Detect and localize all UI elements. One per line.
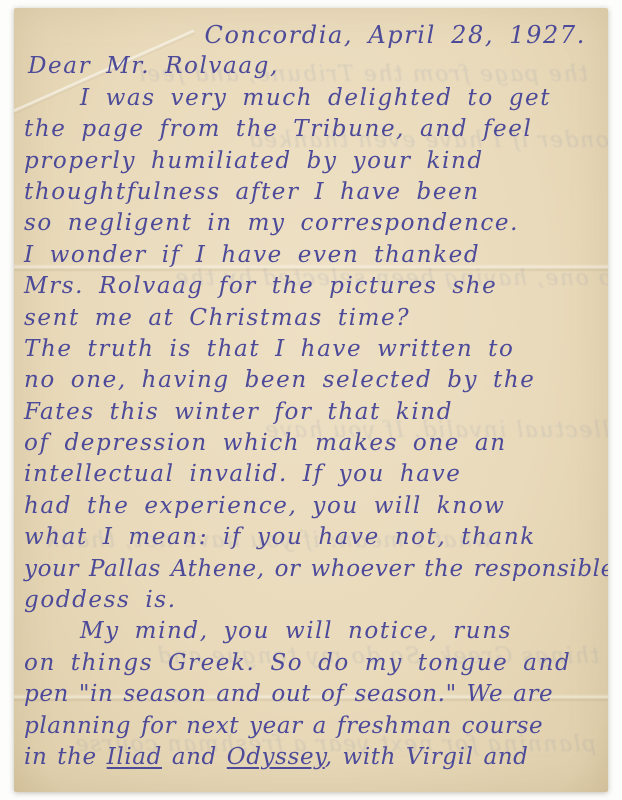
- letter-dateline: Concordia, April 28, 1927.: [24, 20, 600, 51]
- letter-line: Mrs. Rolvaag for the pictures she: [24, 271, 600, 302]
- scan-background: the page from the Tribune, and feel I wo…: [0, 0, 622, 800]
- letter-line: of depression which makes one an: [24, 428, 600, 459]
- underlined-title-iliad: Iliad: [107, 744, 162, 770]
- letter-line: Fates this winter for that kind: [24, 397, 600, 428]
- letter-line: the page from the Tribune, and feel: [24, 114, 600, 145]
- letter-line: so negligent in my correspondence.: [24, 208, 600, 239]
- letter-line: your Pallas Athene, or whoever the respo…: [24, 554, 600, 585]
- letter-line: intellectual invalid. If you have: [24, 459, 600, 490]
- letter-line: in the Iliad and Odyssey, with Virgil an…: [24, 742, 600, 773]
- letter-line: no one, having been selected by the: [24, 365, 600, 396]
- letter-line: had the experience, you will know: [24, 491, 600, 522]
- letter-line: I wonder if I have even thanked: [24, 240, 600, 271]
- letter-line: properly humiliated by your kind: [24, 146, 600, 177]
- letter-line: on things Greek. So do my tongue and: [24, 648, 600, 679]
- letter-line: I was very much delighted to get: [24, 83, 600, 114]
- letter-line: sent me at Christmas time?: [24, 303, 600, 334]
- letter-line-segment: and: [162, 744, 227, 770]
- letter-line-segment: , with Virgil and: [325, 744, 529, 770]
- letter-line: pen "in season and out of season." We ar…: [24, 679, 600, 710]
- letter-line: thoughtfulness after I have been: [24, 177, 600, 208]
- letter-line: The truth is that I have written to: [24, 334, 600, 365]
- underlined-title-odyssey: Odyssey: [227, 744, 325, 770]
- letter-line-segment: in the: [24, 744, 107, 770]
- letter-line: goddess is.: [24, 585, 600, 616]
- letter-line: what I mean: if you have not, thank: [24, 522, 600, 553]
- letter-content: Concordia, April 28, 1927. Dear Mr. Rolv…: [14, 8, 608, 792]
- letter-line: My mind, you will notice, runs: [24, 616, 600, 647]
- letter-line: planning for next year a freshman course: [24, 711, 600, 742]
- letter-paper: the page from the Tribune, and feel I wo…: [14, 8, 608, 792]
- letter-salutation: Dear Mr. Rolvaag,: [24, 51, 600, 82]
